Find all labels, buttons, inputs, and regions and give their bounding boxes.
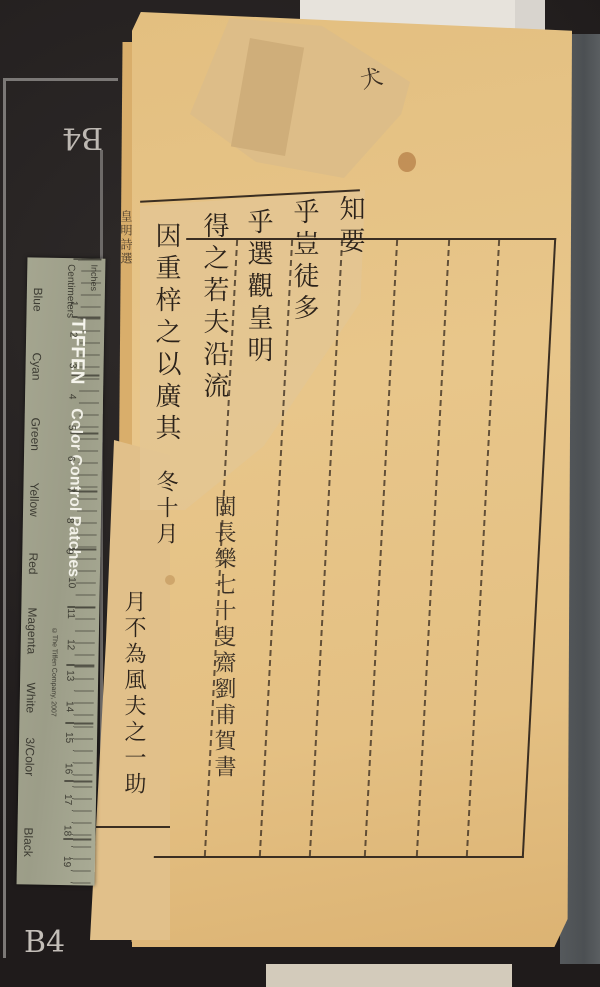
column-rule [309, 240, 343, 856]
patch-label-yellow: Yellow [27, 482, 42, 516]
shelf-label-bottom: B4 [24, 925, 65, 960]
shelf-label-top: B4 [62, 120, 103, 155]
patch-label-3color: 3/Color [22, 737, 37, 776]
ruler-cm-number: 13 [64, 670, 75, 681]
patch-label-white: White [24, 682, 39, 713]
column-rule [364, 240, 398, 856]
text-column-8: 月不為風夫之一助 [118, 590, 149, 798]
text-column-3: 乎選觀皇明 [240, 208, 277, 368]
ruler-unit-centimeters: Centimeters [64, 264, 76, 318]
patch-label-black: Black [21, 827, 36, 857]
bottom-card [266, 964, 512, 987]
ruler-cm-number: 17 [62, 794, 73, 805]
paper-stain [398, 152, 416, 172]
text-column-6: 冬十月 [150, 470, 181, 548]
ruler-cm-number: 15 [63, 732, 74, 743]
patch-label-red: Red [26, 552, 40, 574]
column-rule [416, 240, 450, 856]
text-column-5: 因重梓之以廣其 [148, 222, 185, 446]
ruler-cm-number: 8 [64, 518, 75, 524]
ruler-unit-inches: Inches [89, 264, 99, 291]
text-column-1: 知要 [332, 195, 369, 259]
ruler-brand: TiFFEN [65, 318, 88, 385]
ruler-cm-number: 4 [66, 394, 77, 400]
ruler-cm-number: 5 [66, 425, 77, 431]
ruler-cm-number: 3 [67, 363, 78, 369]
ruler-cm-number: 14 [64, 701, 75, 712]
ruler-cm-number: 10 [66, 577, 77, 588]
ruler-cm-number: 7 [65, 487, 76, 493]
margin-title: 皇明詩選 [118, 210, 135, 266]
patch-label-magenta: Magenta [25, 607, 40, 654]
color-control-ruler: Inches Centimeters TiFFEN Color Control … [17, 257, 106, 885]
ruler-cm-number: 19 [61, 856, 72, 867]
patch-label-blue: Blue [31, 287, 45, 311]
column-rule [466, 240, 500, 856]
ruler-copyright: ©The Tiffen Company, 2007 [49, 628, 58, 717]
ruler-cm-number: 12 [65, 639, 76, 650]
ruler-cm-number: 16 [63, 763, 74, 774]
patch-label-green: Green [28, 417, 43, 451]
top-white-card-edge [515, 0, 545, 30]
bottom-border-rule [90, 826, 170, 828]
ruler-cm-number: 11 [65, 608, 76, 619]
ruler-cm-number: 18 [61, 825, 72, 836]
text-column-2: 乎豈徒多 [286, 198, 323, 326]
author-signature: 閩長樂七十叟齋劉甫賀書 [208, 495, 239, 781]
ruler-cm-number: 1 [68, 301, 79, 307]
ruler-cm-number: 9 [64, 549, 75, 555]
text-column-4: 得之若夫沿流 [196, 212, 233, 404]
patch-label-cyan: Cyan [29, 352, 43, 380]
ruler-cm-number: 6 [65, 456, 76, 462]
ruler-cm-number: 2 [67, 332, 78, 338]
